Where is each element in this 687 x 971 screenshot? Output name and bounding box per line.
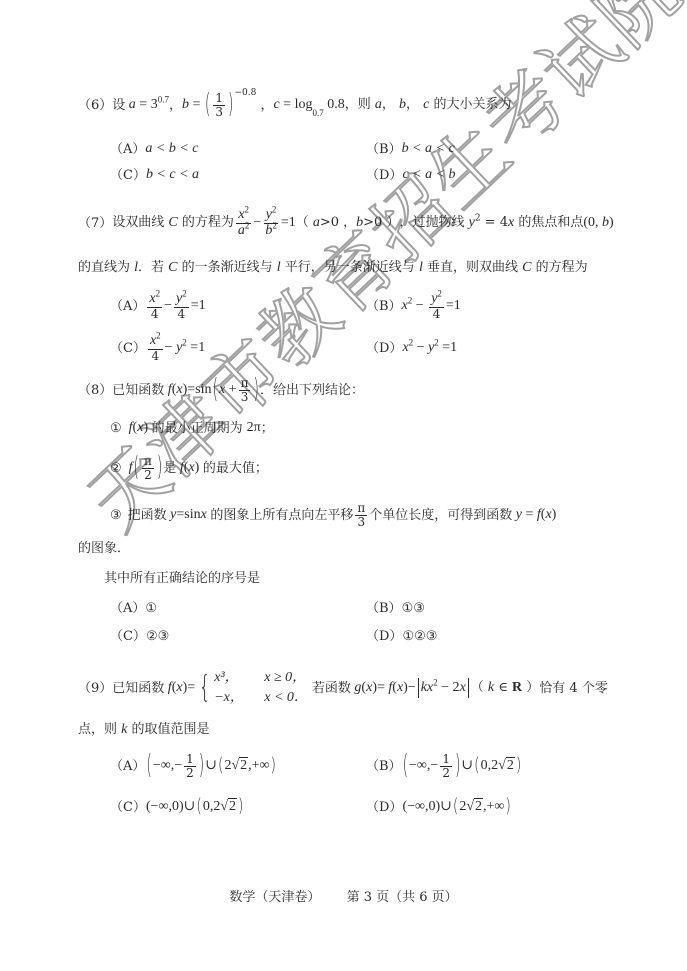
math-op: − bbox=[253, 216, 261, 230]
option-7a[interactable]: （A） x24 − y24 =1 bbox=[110, 292, 206, 320]
paren: ) bbox=[228, 92, 233, 119]
option-label: （A） bbox=[110, 300, 145, 313]
option-label: （A） bbox=[110, 760, 145, 773]
math-op: =1 bbox=[446, 299, 461, 313]
fraction: x24 bbox=[147, 292, 162, 320]
option-label: （D） bbox=[366, 342, 402, 355]
option-label: （C） bbox=[110, 169, 146, 182]
math: y = f(x) bbox=[512, 508, 556, 522]
option-label: （B） bbox=[366, 760, 402, 773]
math: 2√2,+∞ bbox=[459, 800, 504, 814]
case-cond: x ≥ 0， bbox=[264, 668, 306, 688]
question-9-line2: 点，则 k 的取值范围是 bbox=[78, 723, 210, 737]
question-9-stem: （9） 已知函数 f(x)= { x³，x ≥ 0， −x，x < 0． 若函数… bbox=[78, 668, 608, 709]
math-g: g(x)= f(x)− bbox=[351, 681, 416, 695]
paren: ) bbox=[199, 753, 204, 780]
condition: （ k ∈ R ） bbox=[471, 681, 540, 695]
option-label: （D） bbox=[366, 169, 402, 182]
math: y=sinx bbox=[167, 508, 211, 522]
case-expr: x³， bbox=[214, 668, 264, 688]
option-label: （C） bbox=[110, 630, 146, 643]
option-7d[interactable]: （D） x2 − y2 =1 bbox=[366, 341, 457, 355]
question-7-line2: 的直线为 l．若 C 的一条渐近线与 l 平行，另一条渐近线与 l 垂直，则双曲… bbox=[78, 261, 588, 275]
fraction-one-half: 12 bbox=[440, 753, 452, 779]
stem-text: 的直线为 l．若 C 的一条渐近线与 l 平行，另一条渐近线与 l 垂直，则双曲… bbox=[78, 261, 588, 275]
paren: ( bbox=[146, 753, 151, 780]
math: f bbox=[122, 461, 133, 475]
option-8c[interactable]: （C） ②③ bbox=[110, 630, 169, 643]
option-9c[interactable]: （C） (−∞,0)∪(0,2√2) bbox=[110, 800, 245, 814]
question-number: （9） bbox=[78, 682, 112, 695]
statement-text: 个单位长度，可得到函数 bbox=[369, 509, 512, 522]
option-text: b < a < c bbox=[402, 142, 455, 156]
paren: ) bbox=[157, 455, 162, 482]
option-label: （B） bbox=[366, 300, 402, 313]
statement-text: 把函数 bbox=[128, 509, 167, 522]
math: (−∞,0)∪ bbox=[146, 800, 195, 814]
math: 2√2,+∞ bbox=[224, 759, 269, 773]
option-label: （D） bbox=[366, 801, 402, 814]
paren: ) bbox=[505, 798, 510, 816]
fraction: x24 bbox=[148, 334, 163, 362]
union: ∪ bbox=[205, 759, 217, 773]
math: 0,2√2 bbox=[203, 800, 237, 814]
statement-mark: ① bbox=[110, 422, 122, 435]
brace: { bbox=[199, 673, 210, 703]
option-text: b < c < a bbox=[146, 168, 199, 182]
option-text: ① bbox=[145, 602, 157, 615]
option-label: （B） bbox=[366, 143, 402, 156]
paren: ( bbox=[218, 757, 223, 775]
question-number: （8） bbox=[78, 384, 112, 397]
option-label: （B） bbox=[366, 602, 402, 615]
math-log: = log0.7 0.8 bbox=[280, 98, 345, 112]
stem-text: ，过抛物线 y2 = 4x 的焦点和点 bbox=[399, 216, 583, 230]
math: x2 bbox=[402, 299, 413, 313]
footer-subject: 数学（天津卷） bbox=[229, 890, 320, 905]
stem-text: 恰有 4 个零 bbox=[539, 682, 608, 695]
fraction-pi-3: π3 bbox=[239, 377, 251, 403]
math: (−∞,0)∪ bbox=[402, 800, 451, 814]
question-number: （7） bbox=[78, 217, 112, 230]
option-9b[interactable]: （B） ( −∞,− 12 )∪(0,2√2) bbox=[366, 753, 522, 779]
math-op: + bbox=[225, 383, 236, 397]
statement-3-continued: 的图象． bbox=[78, 542, 130, 555]
statement-text: 的图象． bbox=[78, 542, 130, 555]
math-a: a bbox=[125, 98, 136, 112]
question-8-prompt: 其中所有正确结论的序号是 bbox=[104, 572, 260, 585]
paren: ( bbox=[453, 798, 458, 816]
paren: ) bbox=[516, 757, 521, 775]
option-text: c < a < b bbox=[402, 168, 455, 182]
paren: ( bbox=[196, 798, 201, 816]
statement-text: 的最大值； bbox=[203, 462, 268, 475]
math-function: f(x)= bbox=[164, 681, 195, 695]
math: f(x) bbox=[122, 421, 152, 435]
fraction: y24 bbox=[174, 292, 189, 320]
option-9a[interactable]: （A） ( −∞,− 12 )∪(2√2,+∞) bbox=[110, 753, 277, 779]
fraction-pi-3: π3 bbox=[355, 502, 367, 528]
fraction-y2-b2: y2b2 bbox=[263, 208, 279, 238]
comma: ， bbox=[256, 99, 273, 112]
footer-page-number: 第 3 页（共 6 页） bbox=[347, 890, 458, 905]
fraction: y24 bbox=[429, 292, 444, 320]
statement-text: 的最小正周期为 bbox=[152, 422, 243, 435]
stem-text: 已知函数 bbox=[112, 682, 164, 695]
stem-text: 设双曲线 C 的方程为 bbox=[112, 216, 234, 230]
piecewise-cases: x³，x ≥ 0， −x，x < 0． bbox=[214, 668, 308, 709]
math: −∞,− bbox=[153, 759, 182, 773]
paren: ( bbox=[474, 757, 479, 775]
math-op: − y2 =1 bbox=[165, 341, 206, 355]
option-6c[interactable]: （C） b < c < a bbox=[110, 168, 199, 182]
math-op: = bbox=[189, 98, 204, 112]
math-op: − bbox=[412, 299, 427, 313]
math: x2 − y2 =1 bbox=[402, 341, 457, 355]
paren: ( bbox=[212, 377, 217, 404]
stem-tail: ，则 a， b， c 的大小关系为 bbox=[345, 98, 512, 112]
math: f(x) bbox=[176, 461, 202, 475]
option-7b[interactable]: （B） x2 − y24 =1 bbox=[366, 292, 461, 320]
stem-text: 设 bbox=[112, 99, 125, 112]
stem-text: 点，则 k 的取值范围是 bbox=[78, 723, 210, 737]
option-label: （D） bbox=[366, 630, 402, 643]
paren: ) bbox=[455, 753, 460, 780]
option-label: （C） bbox=[110, 342, 146, 355]
statement-text: 的图象上所有点向左平移 bbox=[210, 509, 353, 522]
math-op: = 30.7 bbox=[136, 98, 169, 112]
paren: ( bbox=[205, 92, 210, 119]
statement-1: ① f(x) 的最小正周期为 2π ； bbox=[110, 421, 274, 435]
abs-bar bbox=[468, 678, 469, 698]
option-6d[interactable]: （D） c < a < b bbox=[366, 168, 456, 182]
paren: ( bbox=[403, 753, 408, 780]
stem-text: 已知函数 bbox=[112, 384, 164, 397]
option-6a[interactable]: （A） a < b < c bbox=[110, 142, 199, 156]
prompt-text: 其中所有正确结论的序号是 bbox=[104, 572, 260, 585]
math-op: =1 bbox=[281, 216, 296, 230]
case-expr: −x， bbox=[214, 688, 264, 708]
fraction-one-half: 12 bbox=[184, 753, 196, 779]
math-op: =1 bbox=[191, 299, 206, 313]
option-text: ①③ bbox=[402, 602, 425, 615]
math: −∞,− bbox=[409, 759, 438, 773]
fraction-pi-2: π2 bbox=[142, 455, 154, 481]
stem-text: 若函数 bbox=[312, 682, 351, 695]
paren: ( bbox=[134, 455, 139, 482]
question-number: （6） bbox=[78, 99, 112, 112]
statement-value: 2π bbox=[247, 421, 261, 435]
option-7c[interactable]: （C） x24 − y2 =1 bbox=[110, 334, 205, 362]
math: 0,2√2 bbox=[481, 759, 515, 773]
question-7-stem: （7） 设双曲线 C 的方程为 x2a2 − y2b2 =1 （ a>0 ，b>… bbox=[78, 208, 614, 238]
option-label: （A） bbox=[110, 143, 145, 156]
math-function: f(x)=sin bbox=[164, 383, 211, 397]
stem-text: ．给出下列结论： bbox=[260, 384, 364, 397]
option-9d[interactable]: （D） (−∞,0)∪(2√2,+∞) bbox=[366, 800, 512, 814]
case-cond: x < 0． bbox=[264, 688, 308, 708]
math-op: − bbox=[164, 299, 172, 313]
condition: （ a>0 ，b>0 ） bbox=[296, 216, 400, 230]
statement-mark: ② bbox=[110, 462, 122, 475]
point: (0, b) bbox=[583, 216, 613, 230]
statement-mark: ③ bbox=[110, 509, 122, 522]
option-text: ②③ bbox=[146, 630, 169, 643]
fraction-one-third: 13 bbox=[213, 92, 225, 118]
statement-2: ② f ( π2 ) 是 f(x) 的最大值； bbox=[110, 455, 268, 481]
math: kx2 − 2x bbox=[421, 681, 466, 695]
paren: ) bbox=[238, 798, 243, 816]
question-6-stem: （6） 设 a = 30.7 ， b = ( 13 )−0.8 ， c = lo… bbox=[78, 92, 512, 118]
option-label: （C） bbox=[110, 801, 146, 814]
union: ∪ bbox=[461, 759, 473, 773]
statement-3: ③ 把函数 y=sinx 的图象上所有点向左平移 π3 个单位长度，可得到函数 … bbox=[110, 502, 556, 528]
option-label: （A） bbox=[110, 602, 145, 615]
abs-bar bbox=[418, 678, 419, 698]
comma: ， bbox=[169, 99, 182, 112]
option-6b[interactable]: （B） b < a < c bbox=[366, 142, 455, 156]
option-8a[interactable]: （A） ① bbox=[110, 602, 157, 615]
fraction-x2-a2: x2a2 bbox=[236, 208, 252, 238]
paren: ) bbox=[253, 377, 258, 404]
paren: ) bbox=[271, 757, 276, 775]
statement-text: 是 bbox=[163, 462, 176, 475]
option-text: ①②③ bbox=[402, 630, 437, 643]
question-8-stem: （8） 已知函数 f(x)=sin ( x + π3 ) ．给出下列结论： bbox=[78, 377, 364, 403]
option-8d[interactable]: （D） ①②③ bbox=[366, 630, 437, 643]
option-text: a < b < c bbox=[145, 142, 198, 156]
option-8b[interactable]: （B） ①③ bbox=[366, 602, 425, 615]
math-b: b bbox=[182, 98, 189, 112]
statement-text: ； bbox=[261, 422, 274, 435]
page-footer: 数学（天津卷） 第 3 页（共 6 页） bbox=[0, 886, 687, 905]
